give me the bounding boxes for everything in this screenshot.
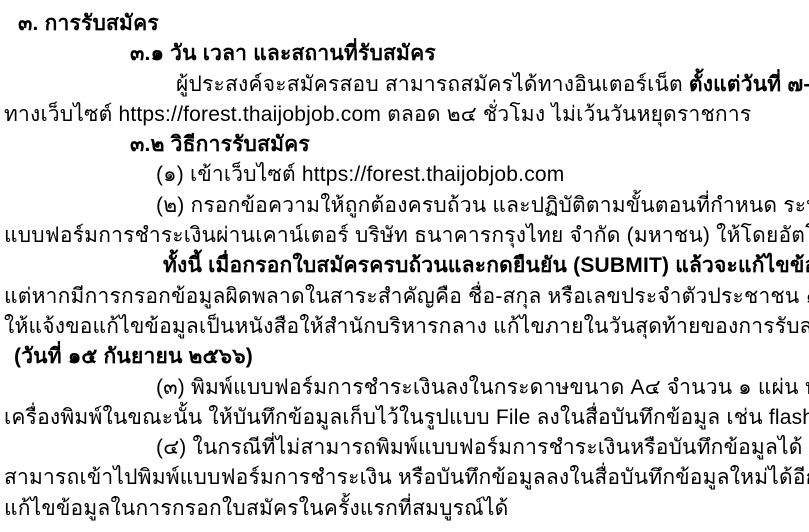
submit-note-line3: ให้แจ้งขอแก้ไขข้อมูลเป็นหนังสือให้สำนักบ…: [4, 312, 809, 342]
apply-internet-text: ผู้ประสงค์จะสมัครสอบ สามารถสมัครได้ทางอิ…: [176, 73, 689, 96]
section-3-heading: ๓. การรับสมัคร: [18, 9, 809, 39]
submit-note-line2: แต่หากมีการกรอกข้อมูลผิดพลาดในสาระสำคัญค…: [4, 282, 809, 312]
submit-note-line1: ทั้งนี้ เมื่อกรอกใบสมัครครบถ้วนและกดยืนย…: [163, 251, 809, 281]
subsection-3-1-heading: ๓.๑ วัน เวลา และสถานที่รับสมัคร: [130, 39, 809, 69]
step-3-line2: เครื่องพิมพ์ในขณะนั้น ให้บันทึกข้อมูลเก็…: [4, 403, 809, 433]
document-page: ๓. การรับสมัคร ๓.๑ วัน เวลา และสถานที่รั…: [0, 0, 809, 532]
step-4-line3: แก้ไขข้อมูลในการกรอกใบสมัครในครั้งแรกที่…: [4, 494, 809, 524]
step-2-line2: แบบฟอร์มการชำระเงินผ่านเคาน์เตอร์ บริษัท…: [4, 221, 809, 251]
apply-website-line: ทางเว็บไซต์ https://forest.thaijobjob.co…: [4, 100, 809, 130]
step-4-line2: สามารถเข้าไปพิมพ์แบบฟอร์มการชำระเงิน หรื…: [4, 463, 809, 493]
step-2-line1: (๒) กรอกข้อความให้ถูกต้องครบถ้วน และปฏิบ…: [156, 191, 809, 221]
apply-dates-bold: ตั้งแต่วันที่ ๗-๑๕ กันยายน ๒๕๖๖: [689, 73, 809, 96]
step-3-line1: (๓) พิมพ์แบบฟอร์มการชำระเงินลงในกระดาษขน…: [156, 373, 809, 403]
deadline-date-line: (วันที่ ๑๕ กันยายน ๒๕๖๖): [14, 342, 809, 372]
step-1-line: (๑) เข้าเว็บไซต์ https://forest.thaijobj…: [156, 160, 809, 190]
step-4-line1: (๔) ในกรณีที่ไม่สามารถพิมพ์แบบฟอร์มการชำ…: [156, 433, 809, 463]
subsection-3-2-heading: ๓.๒ วิธีการรับสมัคร: [130, 130, 809, 160]
apply-internet-line: ผู้ประสงค์จะสมัครสอบ สามารถสมัครได้ทางอิ…: [176, 70, 809, 100]
